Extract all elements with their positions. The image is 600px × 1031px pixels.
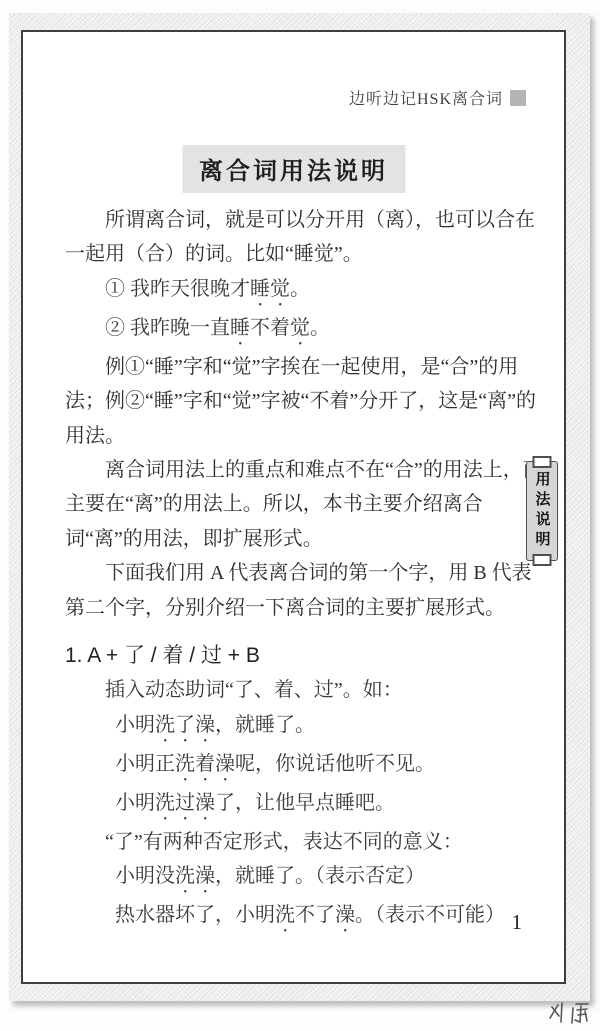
- paragraph: 离合词用法上的重点和难点不在“合”的用法上，而主要在“离”的用法上。所以，本书主…: [65, 453, 544, 556]
- emphasized-text: 洗过澡: [155, 792, 215, 814]
- emphasized-text: 睡觉: [250, 278, 290, 300]
- example-line: 小明洗了澡，就睡了。: [65, 708, 544, 747]
- thumb-index-tab-label: 用法说明: [532, 471, 553, 551]
- text-segment: 。（表示不可能）: [355, 904, 505, 926]
- page-number: 1: [512, 910, 523, 935]
- text-segment: ，就睡了。: [215, 714, 315, 736]
- scanned-book-page: { "header": { "title": "边听边记HSK离合词" }, "…: [0, 0, 600, 1031]
- text-segment: 小明没: [115, 865, 175, 887]
- text-segment: 呢，你说话他听不见。: [235, 753, 435, 775]
- paragraph: 所谓离合词，就是可以分开用（离），也可以合在一起用（合）的词。比如“睡觉”。: [65, 203, 544, 272]
- example-line: “了”有两种否定形式，表达不同的意义：: [65, 825, 544, 859]
- content-area: 所谓离合词，就是可以分开用（离），也可以合在一起用（合）的词。比如“睡觉”。① …: [65, 203, 544, 937]
- text-segment: 小明正: [115, 753, 175, 775]
- text-segment: ② 我昨晚一直: [105, 317, 230, 339]
- example-line: 热水器坏了，小明洗不了澡。（表示不可能）: [65, 898, 544, 937]
- running-header: 边听边记HSK离合词: [349, 86, 526, 109]
- text-segment: 热水器坏了，小明: [115, 904, 275, 926]
- emphasized-text: 洗了澡: [155, 714, 215, 736]
- text-segment: “了”有两种否定形式，表达不同的意义：: [105, 831, 463, 853]
- text-segment: 不着: [250, 317, 290, 339]
- text-segment: ① 我昨天很晚才: [105, 278, 250, 300]
- example-line: 小明洗过澡了，让他早点睡吧。: [65, 786, 544, 825]
- text-segment: 不了: [295, 904, 335, 926]
- example-line: 插入动态助词“了、着、过”。如：: [65, 673, 544, 707]
- thumb-index-tab: 用法说明: [525, 456, 559, 566]
- handwriting-scribble-icon: [546, 998, 594, 1028]
- scroll-roller-bottom-icon: [533, 554, 552, 566]
- example-line: 小明没洗澡，就睡了。（表示否定）: [65, 859, 544, 898]
- text-segment: 。: [290, 278, 310, 300]
- book-page: 边听边记HSK离合词 离合词用法说明 所谓离合词，就是可以分开用（离），也可以合…: [21, 30, 566, 984]
- example-line: 小明正洗着澡呢，你说话他听不见。: [65, 747, 544, 786]
- emphasized-text: 睡: [230, 317, 250, 339]
- paragraph: 例①“睡”字和“觉”字挨在一起使用，是“合”的用法；例②“睡”字和“觉”字被“不…: [65, 350, 544, 453]
- emphasized-text: 洗澡: [175, 865, 215, 887]
- emphasized-text: 觉: [290, 317, 310, 339]
- section-heading: 1. A + 了 / 着 / 过 + B: [65, 639, 544, 673]
- page-frame: 边听边记HSK离合词 离合词用法说明 所谓离合词，就是可以分开用（离），也可以合…: [9, 13, 590, 1001]
- paragraph: 下面我们用 A 代表离合词的第一个字，用 B 代表第二个字，分别介绍一下离合词的…: [65, 556, 544, 625]
- emphasized-text: 洗: [275, 904, 295, 926]
- emphasized-text: 澡: [335, 904, 355, 926]
- example-line: ② 我昨晚一直睡不着觉。: [65, 311, 544, 350]
- running-header-title: 边听边记HSK离合词: [349, 86, 503, 109]
- chapter-title-box: 离合词用法说明: [182, 145, 405, 193]
- gray-square-icon: [510, 90, 526, 106]
- scroll-roller-top-icon: [533, 456, 552, 468]
- chapter-title: 离合词用法说明: [199, 158, 388, 185]
- example-line: ① 我昨天很晚才睡觉。: [65, 272, 544, 311]
- text-segment: 了，让他早点睡吧。: [215, 792, 395, 814]
- text-segment: 小明: [115, 714, 155, 736]
- emphasized-text: 洗着澡: [175, 753, 235, 775]
- text-segment: 小明: [115, 792, 155, 814]
- text-segment: 插入动态助词“了、着、过”。如：: [105, 679, 403, 701]
- text-segment: 。: [310, 317, 330, 339]
- text-segment: ，就睡了。（表示否定）: [215, 865, 425, 887]
- thumb-index-tab-body: 用法说明: [526, 461, 558, 561]
